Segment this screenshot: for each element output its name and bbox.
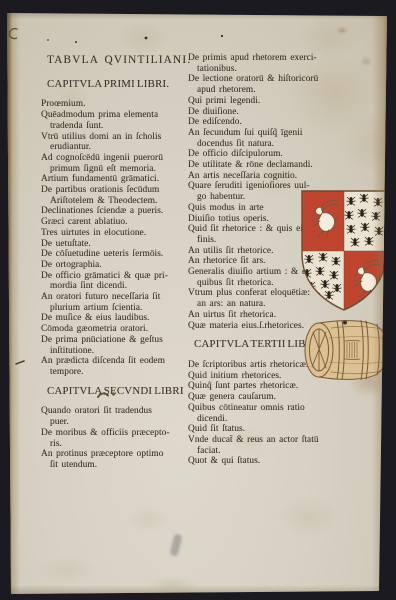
toc-entry: De cōſuetudine ueteris ſermōis. xyxy=(41,249,195,260)
text-line: De cōſuetudine ueteris ſermōis. xyxy=(41,249,195,260)
toc-entry: Declinationes ſciendæ a pueris. xyxy=(41,206,195,217)
toc-entry: Quare ſeruditi igenioſiores uul-go haben… xyxy=(188,181,342,202)
text-line: Ad cognoſcēdū ingenii puerorū xyxy=(41,153,195,164)
text-line: An prædicta diſcenda ſit eodem xyxy=(41,356,195,367)
toc-entry: An protinus præceptore optimoſit utendum… xyxy=(41,449,195,470)
stain xyxy=(336,26,348,35)
text-line: CAPITVLA PRIMI LIBRI. xyxy=(47,79,195,90)
text-line: De uetuſtate. xyxy=(41,239,195,250)
toc-entry: De partibus orationis ſecūdumAriſtotelem… xyxy=(41,185,195,206)
text-line: tempore. xyxy=(41,367,195,378)
text-line: Generalis diuiſio artium : & ex xyxy=(188,267,342,278)
toc-entry: De ortographia. xyxy=(41,260,195,271)
toc-entry: Quid initium rhetorices. xyxy=(188,371,342,382)
text-line: Quare ſeruditi igenioſiores uul- xyxy=(188,181,342,192)
text-line: Quid ſit ſtatus. xyxy=(188,424,342,435)
toc-entry: An prædicta diſcenda ſit eodemtempore. xyxy=(41,356,195,377)
text-line: erudiantur. xyxy=(41,142,195,153)
toc-entry: De officio diſcipulorum. xyxy=(188,149,342,160)
text-line: De ortographia. xyxy=(41,260,195,271)
text-line: CAPITVLA TERTII LIBRI. xyxy=(194,339,342,350)
text-line: Quibus cōtineatur omnis ratio xyxy=(188,403,342,414)
toc-entry: Diuiſio totius operis. xyxy=(188,214,342,225)
text-line: An utilis ſit rhetorice. xyxy=(188,246,342,257)
toc-entry: An ſecundum ſui quiſq̃ īgeniidocendus ſi… xyxy=(188,128,342,149)
toc-entry: Quibus cōtineatur omnis ratiodicendi. xyxy=(188,403,342,424)
text-line: An rhetorice ſit ars. xyxy=(188,256,342,267)
text-line: tationibus. xyxy=(188,64,342,75)
text-line: Vnde ducat̄ & reus an actor ſtatū xyxy=(188,435,342,446)
text-line: De officio diſcipulorum. xyxy=(188,149,342,160)
page-bottom-edge xyxy=(9,585,381,594)
toc-entry: De muſice & eius laudibus. xyxy=(41,313,195,324)
text-line: TABVLA QVINTILIANI. xyxy=(47,55,189,66)
toc-entry: Qui primi legendi. xyxy=(188,96,342,107)
toc-entry: De uetuſtate. xyxy=(41,239,195,250)
toc-entry: De officio grāmatici & quæ pri-mordia ſi… xyxy=(41,271,195,292)
text-line: Vtrū utilius domi an in ſcholis xyxy=(41,132,195,143)
text-line: Græci carent ablatiuo. xyxy=(41,217,195,228)
toc-entry: An rhetorice ſit ars. xyxy=(188,256,342,267)
toc-entry: De prima pnūciatione & geſtusinſtitution… xyxy=(41,335,195,356)
toc-entry: Quis modus in arte xyxy=(188,203,342,214)
text-line: An uirtus ſit rhetorica. xyxy=(188,310,342,321)
text-line: Quid ſit rhetorice : & quis eius xyxy=(188,224,342,235)
text-line: Ariſtotelem & Theodectem. xyxy=(41,196,195,207)
toc-entry: Tres uirtutes in elocutione. xyxy=(41,228,195,239)
toc-entry: De diuiſione. xyxy=(188,107,342,118)
stain xyxy=(276,496,340,538)
text-line: an ars: an natura. xyxy=(188,299,342,310)
text-line: go habentur. xyxy=(188,192,342,203)
text-line: ris. xyxy=(41,439,195,450)
section-heading: CAPITVLA SECVNDI LIBRI xyxy=(47,386,195,397)
toc-entry: Quæ materia eius.ſ.rhetorices. xyxy=(188,321,342,332)
text-line: De moribus & officiis præcepto- xyxy=(41,428,195,439)
text-line: Cōmoda gæometria oratori. xyxy=(41,324,195,335)
text-line: docendus ſit natura. xyxy=(188,139,342,150)
toc-entry: Vtrū utilius domi an in ſcholiserudiantu… xyxy=(41,132,195,153)
text-line: primum ſignū eſt memoria. xyxy=(41,164,195,175)
text-line: finis. xyxy=(188,235,342,246)
text-line: apud rhetorem. xyxy=(188,85,342,96)
toc-entry: De moribus & officiis præcepto-ris. xyxy=(41,428,195,449)
toc-entry: Cōmoda gæometria oratori. xyxy=(41,324,195,335)
toc-entry: An oratori futuro neceſſaria ſitplurium … xyxy=(41,292,195,313)
text-line: De utilitate & rōne declamandi. xyxy=(188,160,342,171)
toc-entry: Quēadmodum prima elementatradenda ſunt. xyxy=(41,110,195,131)
toc-entry: Quot & qui ſtatus. xyxy=(188,456,342,467)
text-line: mordia ſint dicendi. xyxy=(41,281,195,292)
toc-entry: An artis neceſſaria cognitio. xyxy=(188,171,342,182)
text-line: Quando oratori ſit tradendus xyxy=(41,406,195,417)
text-line: De officio grāmatici & quæ pri- xyxy=(41,271,195,282)
stain xyxy=(348,364,392,398)
text-line: De muſice & eius laudibus. xyxy=(41,313,195,324)
toc-entry: De primis apud rhetorem exerci-tationibu… xyxy=(188,53,342,74)
ink-smudge xyxy=(169,533,182,556)
text-line: Quis modus in arte xyxy=(188,203,342,214)
text-line: quibus ſit rhetorica. xyxy=(188,278,342,289)
text-line: Quid initium rhetorices. xyxy=(188,371,342,382)
text-line: inſtitutione. xyxy=(41,346,195,357)
text-line: An protinus præceptore optimo xyxy=(41,449,195,460)
table-title: TABVLA QVINTILIANI. xyxy=(47,55,189,66)
text-line: Artium fundamentū grāmatici. xyxy=(41,174,195,185)
toc-entry: Quæ genera cauſarum. xyxy=(188,392,342,403)
toc-entry: Proœmium. xyxy=(41,99,195,110)
toc-column-left: TABVLA QVINTILIANI.CAPITVLA PRIMI LIBRI.… xyxy=(41,55,195,471)
page-top-edge xyxy=(7,12,388,19)
text-line: CAPITVLA SECVNDI LIBRI xyxy=(47,386,195,397)
text-line: tradenda ſunt. xyxy=(41,121,195,132)
text-line: Quot & qui ſtatus. xyxy=(188,456,342,467)
text-line: De primis apud rhetorem exerci- xyxy=(188,53,342,64)
toc-entry: An uirtus ſit rhetorica. xyxy=(188,310,342,321)
text-line: ſit utendum. xyxy=(41,460,195,471)
toc-entry: Vtrum plus conferat eloquētiæ:an ars: an… xyxy=(188,288,342,309)
stain xyxy=(340,112,396,174)
toc-entry: De utilitate & rōne declamandi. xyxy=(188,160,342,171)
text-line: An artis neceſſaria cognitio. xyxy=(188,171,342,182)
toc-entry: Quid ſit ſtatus. xyxy=(188,424,342,435)
toc-entry: An utilis ſit rhetorice. xyxy=(188,246,342,257)
stain xyxy=(116,22,170,54)
toc-column-right: De primis apud rhetorem exerci-tationibu… xyxy=(188,53,342,467)
toc-entry: Generalis diuiſio artium : & exquibus ſi… xyxy=(188,267,342,288)
text-line: Diuiſio totius operis. xyxy=(188,214,342,225)
book-page: TABVLA QVINTILIANI.CAPITVLA PRIMI LIBRI.… xyxy=(0,0,396,600)
toc-entry: De ediſcendo. xyxy=(188,117,342,128)
text-line: puer. xyxy=(41,417,195,428)
text-line: De prima pnūciatione & geſtus xyxy=(41,335,195,346)
text-line: An ſecundum ſui quiſq̃ īgenii xyxy=(188,128,342,139)
toc-entry: Quid ſit rhetorice : & quis eiusfinis. xyxy=(188,224,342,245)
text-line: dicendi. xyxy=(188,414,342,425)
text-line: Quēadmodum prima elementa xyxy=(41,110,195,121)
text-line: Qui primi legendi. xyxy=(188,96,342,107)
section-heading: CAPITVLA PRIMI LIBRI. xyxy=(47,79,195,90)
toc-entry: De lectione oratorū & hiſtoricorūapud rh… xyxy=(188,74,342,95)
stain xyxy=(126,506,170,532)
text-line: De lectione oratorū & hiſtoricorū xyxy=(188,74,342,85)
text-line: plurium artium ſcientia. xyxy=(41,303,195,314)
text-line: faciat. xyxy=(188,446,342,457)
text-line: De ſcriptoribus artis rhetoricæ. xyxy=(188,360,342,371)
toc-entry: Quando oratori ſit tradenduspuer. xyxy=(41,406,195,427)
text-line: Quæ materia eius.ſ.rhetorices. xyxy=(188,321,342,332)
text-line: Tres uirtutes in elocutione. xyxy=(41,228,195,239)
text-line: Quæ genera cauſarum. xyxy=(188,392,342,403)
toc-entry: Ad cognoſcēdū ingenii puerorūprimum ſign… xyxy=(41,153,195,174)
text-line: De ediſcendo. xyxy=(188,117,342,128)
text-line: De diuiſione. xyxy=(188,107,342,118)
page-fore-edge xyxy=(372,14,390,593)
binding-gutter-edge xyxy=(5,12,20,595)
toc-entry: Quinq̃ ſunt partes rhetoricæ. xyxy=(188,381,342,392)
text-line: Declinationes ſciendæ a pueris. xyxy=(41,206,195,217)
text-line: Vtrum plus conferat eloquētiæ: xyxy=(188,288,342,299)
toc-entry: Artium fundamentū grāmatici. xyxy=(41,174,195,185)
toc-entry: De ſcriptoribus artis rhetoricæ. xyxy=(188,360,342,371)
section-heading: CAPITVLA TERTII LIBRI. xyxy=(194,339,342,350)
bung-hole xyxy=(343,321,347,325)
toc-entry: Græci carent ablatiuo. xyxy=(41,217,195,228)
text-line: Proœmium. xyxy=(41,99,195,110)
stain xyxy=(36,556,100,584)
text-line: An oratori futuro neceſſaria ſit xyxy=(41,292,195,303)
text-line: Quinq̃ ſunt partes rhetoricæ. xyxy=(188,381,342,392)
toc-entry: Vnde ducat̄ & reus an actor ſtatūfaciat. xyxy=(188,435,342,456)
text-line: De partibus orationis ſecūdum xyxy=(41,185,195,196)
